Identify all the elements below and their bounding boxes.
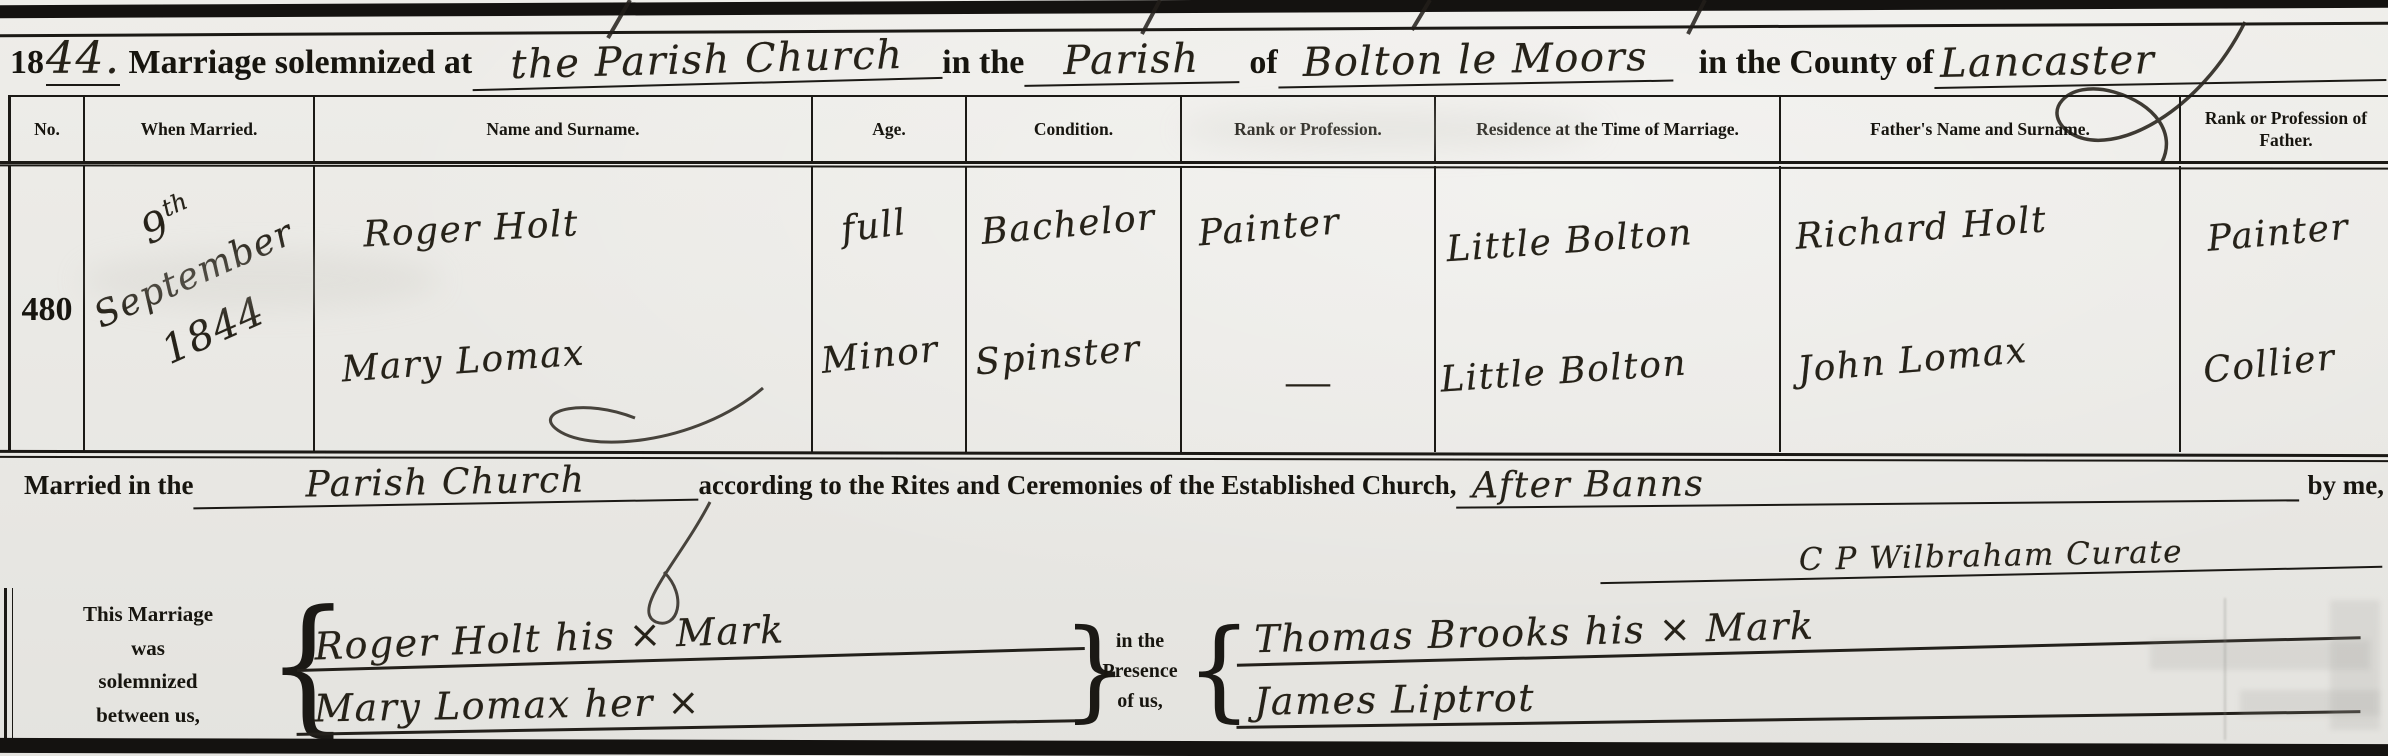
bride-condition: Spinster — [966, 325, 1182, 384]
record-profession-cell: Painter — — [1180, 166, 1434, 452]
this-marriage-line2: was — [22, 632, 274, 666]
year-handwritten: 44. — [46, 33, 120, 86]
groom-profession: Painter — [1181, 193, 1436, 256]
lomax-flourish — [525, 384, 775, 450]
record-father-name-cell: Richard Holt John Lomax — [1779, 166, 2179, 452]
top-edge-band — [0, 0, 2388, 18]
bleed-through-ghost — [2330, 600, 2380, 730]
table-record-row: 480 9th September 1844 Roger Holt Mary L… — [8, 166, 2388, 452]
bleed-through-line — [2224, 598, 2226, 740]
ceremony-statement-line: Married in the Parish Church according t… — [24, 462, 2384, 524]
bride-profession-dash: — — [1182, 356, 1434, 407]
col-header-name-surname: Name and Surname. — [313, 97, 811, 163]
witness2-signature: James Liptrot — [1254, 676, 1535, 724]
paper-stain — [80, 250, 440, 310]
bottom-edge-band — [0, 738, 2388, 756]
place-handwritten: the Parish Church — [472, 31, 943, 91]
groom-father-profession: Painter — [2180, 203, 2388, 262]
groom-condition: Bachelor — [966, 195, 1182, 254]
this-marriage-label: This Marriage was solemnized between us, — [22, 598, 274, 732]
record-names-cell: Roger Holt Mary Lomax — [313, 166, 811, 452]
groom-age: full — [811, 195, 967, 254]
col-header-condition: Condition. — [965, 97, 1180, 163]
in-the-label: in the — [942, 44, 1024, 82]
register-title-line: 18 44. Marriage solemnized at the Parish… — [10, 33, 2386, 93]
col-header-no: No. — [11, 97, 83, 163]
this-marriage-line1: This Marriage — [22, 598, 274, 632]
parish-handwritten: Bolton le Moors — [1277, 34, 1673, 89]
presence-line2: Presence — [1092, 656, 1188, 686]
this-marriage-line3: solemnized — [22, 665, 274, 699]
record-residence-cell: Little Bolton Little Bolton — [1434, 166, 1779, 452]
church-handwritten: Parish Church — [193, 458, 699, 510]
paper-stain — [1180, 110, 1600, 150]
record-age-cell: full Minor — [811, 166, 965, 452]
bride-father-profession: Collier — [2179, 331, 2388, 394]
groom-residence: Little Bolton — [1435, 206, 1780, 271]
officiant-signature: C P Wilbraham Curate — [1799, 534, 2184, 578]
groom-father-name: Richard Holt — [1780, 190, 2180, 259]
groom-name: Roger Holt — [314, 191, 811, 258]
county-handwritten: Lancaster — [1933, 33, 2386, 89]
bride-signature-line: Mary Lomax her × — [295, 655, 1084, 736]
married-in-label: Married in the — [24, 470, 193, 501]
groom-signature: Roger Holt his × Mark — [314, 607, 786, 668]
rites-label: according to the Rites and Ceremonies of… — [698, 470, 1456, 501]
of-label: of — [1249, 44, 1277, 82]
witness1-signature: Thomas Brooks his × Mark — [1254, 604, 1815, 662]
district-handwritten: Parish — [1024, 35, 1240, 87]
col-header-father-name: Father's Name and Surname. — [1779, 97, 2179, 163]
col-header-when-married: When Married. — [83, 97, 313, 163]
record-condition-cell: Bachelor Spinster — [965, 166, 1180, 452]
by-me-label: by me, — [2308, 470, 2385, 501]
signature-section-left-border — [4, 588, 13, 742]
bride-age: Minor — [811, 326, 966, 383]
bride-father-name: John Lomax — [1780, 317, 2180, 393]
col-header-father-rank: Rank or Profession of Father. — [2179, 97, 2388, 163]
year-printed-label: 18 — [10, 44, 44, 82]
bride-signature: Mary Lomax her × — [314, 680, 701, 731]
solemnized-label: Marriage solemnized at — [128, 44, 472, 82]
header-bottom-rule-thick — [0, 161, 2388, 164]
record-father-profession-cell: Painter Collier — [2179, 166, 2388, 452]
col-header-age: Age. — [811, 97, 965, 163]
register-year: 18 44. — [10, 33, 120, 86]
record-number-cell: 480 — [11, 166, 83, 452]
presence-label: in the Presence of us, — [1092, 626, 1188, 716]
bride-name: Mary Lomax — [314, 317, 812, 392]
record-number: 480 — [11, 291, 83, 329]
this-marriage-line4: between us, — [22, 699, 274, 733]
bride-residence: Little Bolton — [1435, 336, 1780, 401]
marriage-register-document: 18 44. Marriage solemnized at the Parish… — [0, 0, 2388, 756]
presence-line1: in the — [1092, 626, 1188, 656]
banns-handwritten: After Banns — [1456, 458, 2299, 508]
presence-line3: of us, — [1092, 686, 1188, 716]
county-label: in the County of — [1699, 44, 1934, 82]
